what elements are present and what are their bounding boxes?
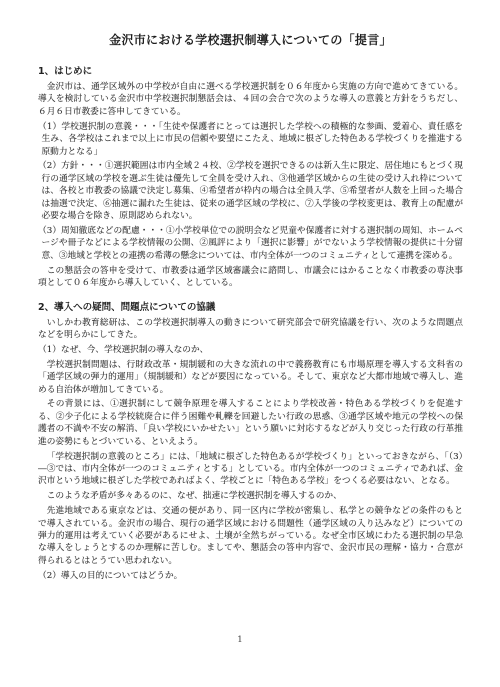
section-1-heading: 1、はじめに — [38, 65, 463, 78]
paragraph: 学校選択制問題は、行財政改革・規制緩和の大きな流れの中で義務教育にも市場原理を導… — [38, 359, 463, 396]
paragraph: この懇話会の答申を受けて、市教委は通学区域審議会に諮問し、市議会にはかることなく… — [38, 265, 463, 290]
paragraph: 「学校選択制の意義のところ」には、「地域に根ざした特色あるが学校づくり」といって… — [38, 451, 463, 488]
paragraph: 金沢市は、通学区域外の中学校が自由に選べる学校選択制を０６年度から実施の方向で進… — [38, 81, 463, 118]
paragraph: （2）方針・・・①選択範囲は市内全域２４校、②学校を選択できるのは新入生に限定、… — [38, 160, 463, 222]
document-page: 金沢市における学校選択制導入についての「提言」 1、はじめに 金沢市は、通学区域… — [0, 0, 500, 687]
section-2-heading: 2、導入への疑問、問題点についての協議 — [38, 301, 463, 314]
paragraph: （1）なぜ、今、学校選択制の導入なのか、 — [38, 344, 463, 356]
paragraph: その背景には、①選択制にして競争原理を導入することにより学校改善・特色ある学校づ… — [38, 398, 463, 448]
paragraph: 先進地域である東京などは、交通の便があり、同一区内に学校が密集し、私学との競争な… — [38, 505, 463, 567]
section-introduction: 1、はじめに 金沢市は、通学区域外の中学校が自由に選べる学校選択制を０６年度から… — [38, 65, 463, 290]
page-number: 1 — [0, 635, 480, 645]
document-title: 金沢市における学校選択制導入についての「提言」 — [38, 33, 463, 48]
paragraph: （2）導入の目的についてはどうか。 — [38, 570, 463, 582]
paragraph: （1）学校選択制の意義・・・「生徒や保護者にとっては選択した学校への積極的な参画… — [38, 121, 463, 158]
section-discussion: 2、導入への疑問、問題点についての協議 いしかわ教育総研は、この学校選択制導入の… — [38, 301, 463, 583]
paragraph: いしかわ教育総研は、この学校選択制導入の動きについて研究部会で研究協議を行い、次… — [38, 317, 463, 342]
paragraph: このような矛盾が多々あるのに、なぜ、拙速に学校選択制を導入するのか、 — [38, 490, 463, 502]
paragraph: （3）周知徹底などの配慮・・・①小学校単位での説明会など児童や保護者に対する選択… — [38, 225, 463, 262]
